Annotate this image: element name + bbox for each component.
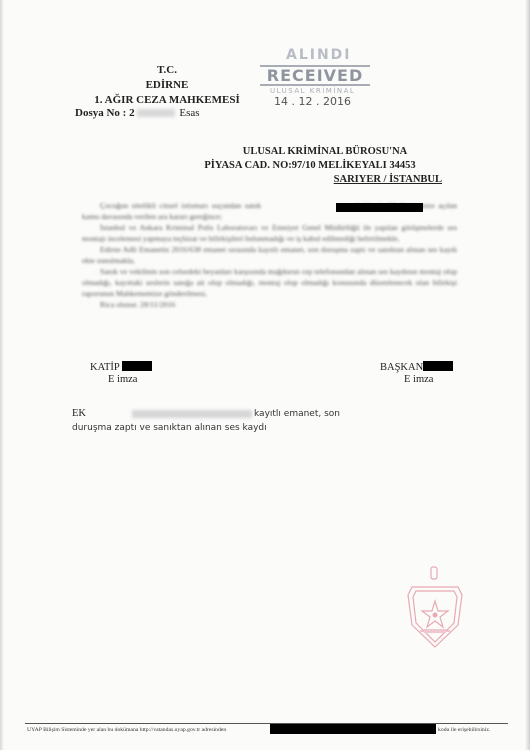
judge-signature: BAŞKAN xyxy=(380,361,453,373)
recipient-address: ULUSAL KRİMİNAL BÜROSU'NA PİYASA CAD. NO… xyxy=(160,145,460,187)
recipient-street: PİYASA CAD. NO:97/10 MELİKEYALI 34453 xyxy=(160,159,460,173)
stamp-top-text: ALINDI xyxy=(286,47,352,63)
letter-body: Çocuğun nitelikli cinsel istismarı suçun… xyxy=(82,200,457,310)
case-number-blurred xyxy=(137,109,175,117)
judge-title: BAŞKAN xyxy=(380,362,423,373)
body-p1-start: Çocuğun nitelikli cinsel istismarı suçun… xyxy=(100,201,261,210)
stamp-main-text: RECEIVED xyxy=(260,65,370,86)
attachment-text-1: kayıtlı emanet, son xyxy=(254,409,340,419)
footer-text: UYAP Bilişim Sisteminde yer alan bu dokü… xyxy=(27,727,226,733)
body-closing: Rica olunur. 28/11/2016 xyxy=(82,299,457,310)
clerk-signature: KATİP xyxy=(90,361,152,373)
received-stamp: ALINDI RECEIVED ULUSAL KRİMİNAL 14 . 12 … xyxy=(256,45,376,110)
body-paragraph-4: Sanık ve vekilinin son celsedeki beyanla… xyxy=(82,266,457,299)
case-number: Dosya No : 2 Esas xyxy=(75,107,200,119)
stamp-date: 14 . 12 . 2016 xyxy=(274,95,351,108)
document-page: T.C. EDİRNE 1. AĞIR CEZA MAHKEMESİ Dosya… xyxy=(0,0,530,750)
court-city: EDİRNE xyxy=(72,78,262,93)
court-seal-icon xyxy=(400,565,470,655)
footer-text-tail: kodu ile erişebilirsiniz. xyxy=(438,727,490,733)
recipient-city: SARIYER / İSTANBUL xyxy=(160,173,460,187)
redaction-judge-name xyxy=(423,361,453,371)
attachment-text-2: duruşma zaptı ve sanıktan alınan ses kay… xyxy=(72,423,267,433)
redaction-access-code xyxy=(270,724,436,734)
clerk-title: KATİP xyxy=(90,362,119,373)
attachment-note: EKkayıtlı emanet, son duruşma zaptı ve s… xyxy=(72,407,472,435)
court-header: T.C. EDİRNE 1. AĞIR CEZA MAHKEMESİ xyxy=(72,63,262,108)
attachment-label: EK xyxy=(72,407,132,421)
clerk-e-signature: E imza xyxy=(108,374,137,385)
judge-e-signature: E imza xyxy=(404,374,433,385)
court-name: 1. AĞIR CEZA MAHKEMESİ xyxy=(72,93,262,108)
case-number-label: Dosya No : xyxy=(75,107,126,119)
attachment-blurred-ref xyxy=(132,410,252,418)
case-number-suffix: Esas xyxy=(179,107,199,119)
court-country: T.C. xyxy=(72,63,262,78)
redaction-defendant-name xyxy=(336,203,423,212)
case-number-prefix: 2 xyxy=(129,107,135,119)
recipient-name: ULUSAL KRİMİNAL BÜROSU'NA xyxy=(160,145,460,159)
body-paragraph-3: Edirne Adli Emanetin 2016/638 emanet sır… xyxy=(82,244,457,266)
stamp-org-text: ULUSAL KRİMİNAL xyxy=(270,87,355,95)
redaction-clerk-name xyxy=(122,361,152,371)
body-paragraph-2: İstanbul ve Ankara Kriminal Polis Labora… xyxy=(82,222,457,244)
